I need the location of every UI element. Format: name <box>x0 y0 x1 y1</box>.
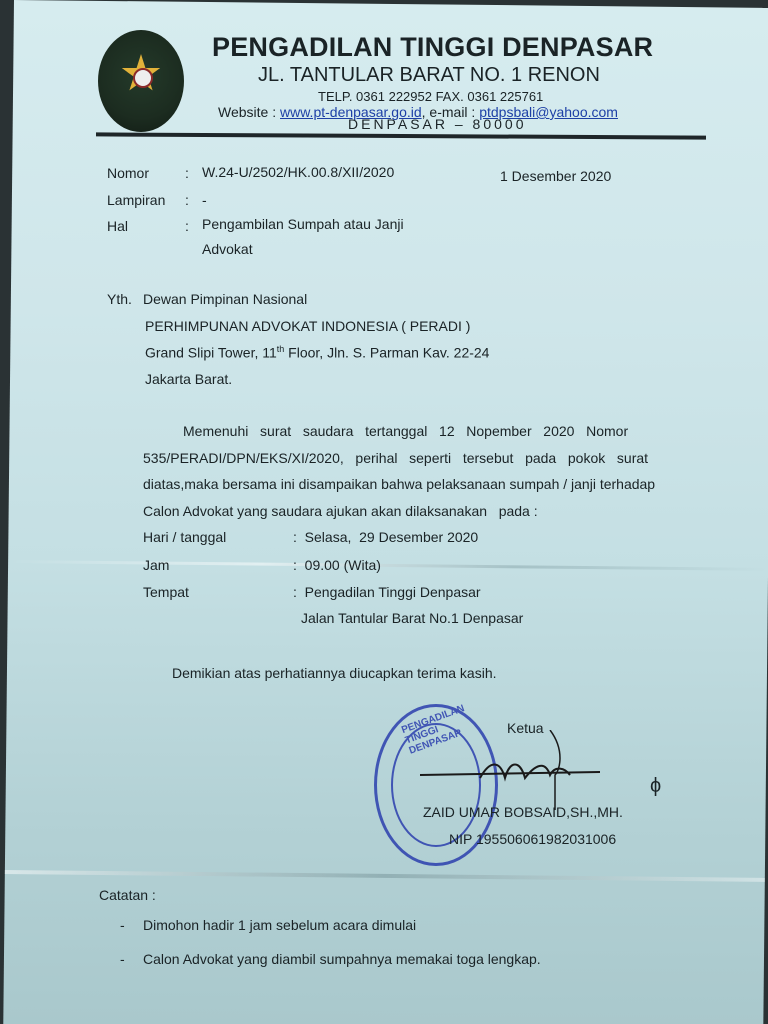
schedule-value: Jalan Tantular Barat No.1 Denpasar <box>301 610 523 626</box>
signature-scribble <box>420 730 620 810</box>
schedule-label: Jam <box>143 557 169 573</box>
nomor-colon: : <box>185 165 189 181</box>
nomor-label: Nomor <box>107 165 149 181</box>
hal-colon: : <box>185 218 189 234</box>
hal-value-line2: Advokat <box>202 241 253 257</box>
nomor-value: W.24-U/2502/HK.00.8/XII/2020 <box>202 164 394 180</box>
hal-label: Hal <box>107 218 128 234</box>
institution-address: JL. TANTULAR BARAT NO. 1 RENON <box>258 64 600 87</box>
signatory-nip: NIP 195506061982031006 <box>449 831 616 847</box>
court-emblem-icon <box>98 30 184 132</box>
institution-city: DENPASAR – 80000 <box>348 116 526 132</box>
signatory-name: ZAID UMAR BOBSAID,SH.,MH. <box>423 804 623 820</box>
lampiran-colon: : <box>185 192 189 208</box>
paragraph-line: diatas,maka bersama ini disampaikan bahw… <box>143 476 655 492</box>
note-item: Calon Advokat yang diambil sumpahnya mem… <box>143 951 541 967</box>
note-item: Dimohon hadir 1 jam sebelum acara dimula… <box>143 917 416 933</box>
notes-heading: Catatan : <box>99 887 156 903</box>
signatory-title: Ketua <box>507 720 544 736</box>
schedule-value: : Selasa, 29 Desember 2020 <box>293 529 478 545</box>
paragraph-line: Calon Advokat yang saudara ajukan akan d… <box>143 503 538 519</box>
website-label: Website : <box>218 104 280 120</box>
schedule-value: : 09.00 (Wita) <box>293 557 381 573</box>
emblem-shield <box>133 68 153 88</box>
recipient-line4: Jakarta Barat. <box>145 371 232 387</box>
schedule-label: Hari / tanggal <box>143 529 226 545</box>
schedule-label: Tempat <box>143 584 189 600</box>
hal-value-line1: Pengambilan Sumpah atau Janji <box>202 216 404 232</box>
letter-date: 1 Desember 2020 <box>500 168 611 184</box>
schedule-value: : Pengadilan Tinggi Denpasar <box>293 584 481 600</box>
closing-text: Demikian atas perhatiannya diucapkan ter… <box>172 665 497 681</box>
initial-mark: ϕ <box>650 775 661 798</box>
recipient-line1: Dewan Pimpinan Nasional <box>143 291 307 307</box>
lampiran-label: Lampiran <box>107 192 165 208</box>
note-bullet: - <box>120 917 125 933</box>
lampiran-value: - <box>202 192 207 208</box>
institution-name: PENGADILAN TINGGI DENPASAR <box>212 32 653 63</box>
paragraph-line: 535/PERADI/DPN/EKS/XI/2020, perihal sepe… <box>143 450 648 466</box>
institution-phone-fax: TELP. 0361 222952 FAX. 0361 225761 <box>318 89 543 104</box>
recipient-line3: Grand Slipi Tower, 11th Floor, Jln. S. P… <box>145 344 489 361</box>
paragraph-line: Memenuhi surat saudara tertanggal 12 Nop… <box>183 423 628 439</box>
paper-fold <box>5 870 765 882</box>
note-bullet: - <box>120 951 125 967</box>
recipient-prefix: Yth. <box>107 291 132 307</box>
recipient-line2: PERHIMPUNAN ADVOKAT INDONESIA ( PERADI ) <box>145 318 470 334</box>
